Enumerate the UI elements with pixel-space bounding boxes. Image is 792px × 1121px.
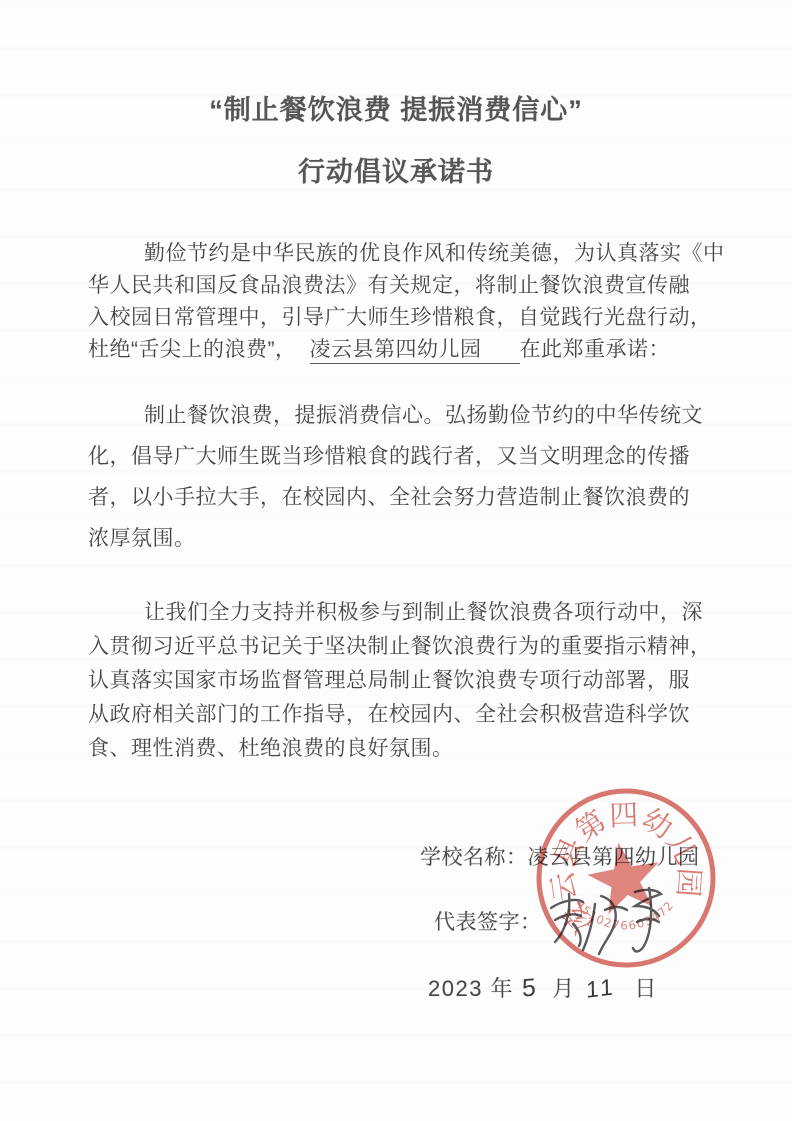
date-year: 2023 年	[428, 976, 514, 1001]
representative-signature	[543, 880, 683, 965]
paragraph-1-line: 入校园日常管理中，引导广大师生珍惜粮食，自觉践行光盘行动，	[88, 302, 728, 334]
paragraph-1-line: 华人民共和国反食品浪费法》有关规定，将制止餐饮浪费宣传融	[88, 270, 728, 302]
school-name-underlined: 凌云县第四幼儿园	[310, 337, 520, 364]
paragraph-3: 让我们全力支持并积极参与到制止餐饮浪费各项行动中，深 入贯彻习近平总书记关于坚决…	[88, 596, 728, 766]
seal-char: 四	[609, 800, 639, 833]
paragraph-3-line: 食、理性消费、杜绝浪费的良好氛围。	[88, 732, 728, 766]
paragraph-3-line: 认真落实国家市场监督管理总局制止餐饮浪费专项行动部署，服	[88, 664, 728, 698]
paragraph-3-line: 入贯彻习近平总书记关于坚决制止餐饮浪费行为的重要指示精神，	[88, 630, 728, 664]
paragraph-2-line: 者，以小手拉大手，在校园内、全社会努力营造制止餐饮浪费的	[88, 477, 728, 518]
scanned-document-page: “制止餐饮浪费 提振消费信心” 行动倡议承诺书 勤俭节约是中华民族的优良作风和传…	[0, 0, 792, 1121]
paragraph-2-line: 化，倡导广大师生既当珍惜粮食的践行者，又当文明理念的传播	[88, 436, 728, 477]
paragraph-1-line: 杜绝“舌尖上的浪费”，凌云县第四幼儿园在此郑重承诺：	[88, 334, 728, 366]
paragraph-1: 勤俭节约是中华民族的优良作风和传统美德，为认真落实《中 华人民共和国反食品浪费法…	[88, 238, 728, 366]
commitment-line-prefix: 杜绝“舌尖上的浪费”，	[88, 338, 297, 361]
school-name-label: 学校名称：	[420, 846, 528, 869]
paragraph-3-line: 从政府相关部门的工作指导，在校园内、全社会积极营造科学饮	[88, 698, 728, 732]
commitment-line-suffix: 在此郑重承诺：	[520, 338, 671, 361]
paragraph-2: 制止餐饮浪费，提振消费信心。弘扬勤俭节约的中华传统文 化，倡导广大师生既当珍惜粮…	[88, 395, 728, 559]
paragraph-2-line: 浓厚氛围。	[88, 518, 728, 559]
paragraph-2-line: 制止餐饮浪费，提振消费信心。弘扬勤俭节约的中华传统文	[88, 395, 728, 436]
document-title-line1: “制止餐饮浪费 提振消费信心”	[0, 88, 792, 127]
document-title-line2: 行动倡议承诺书	[0, 150, 792, 189]
paragraph-1-line: 勤俭节约是中华民族的优良作风和传统美德，为认真落实《中	[88, 238, 728, 270]
paragraph-3-line: 让我们全力支持并积极参与到制止餐饮浪费各项行动中，深	[88, 596, 728, 630]
